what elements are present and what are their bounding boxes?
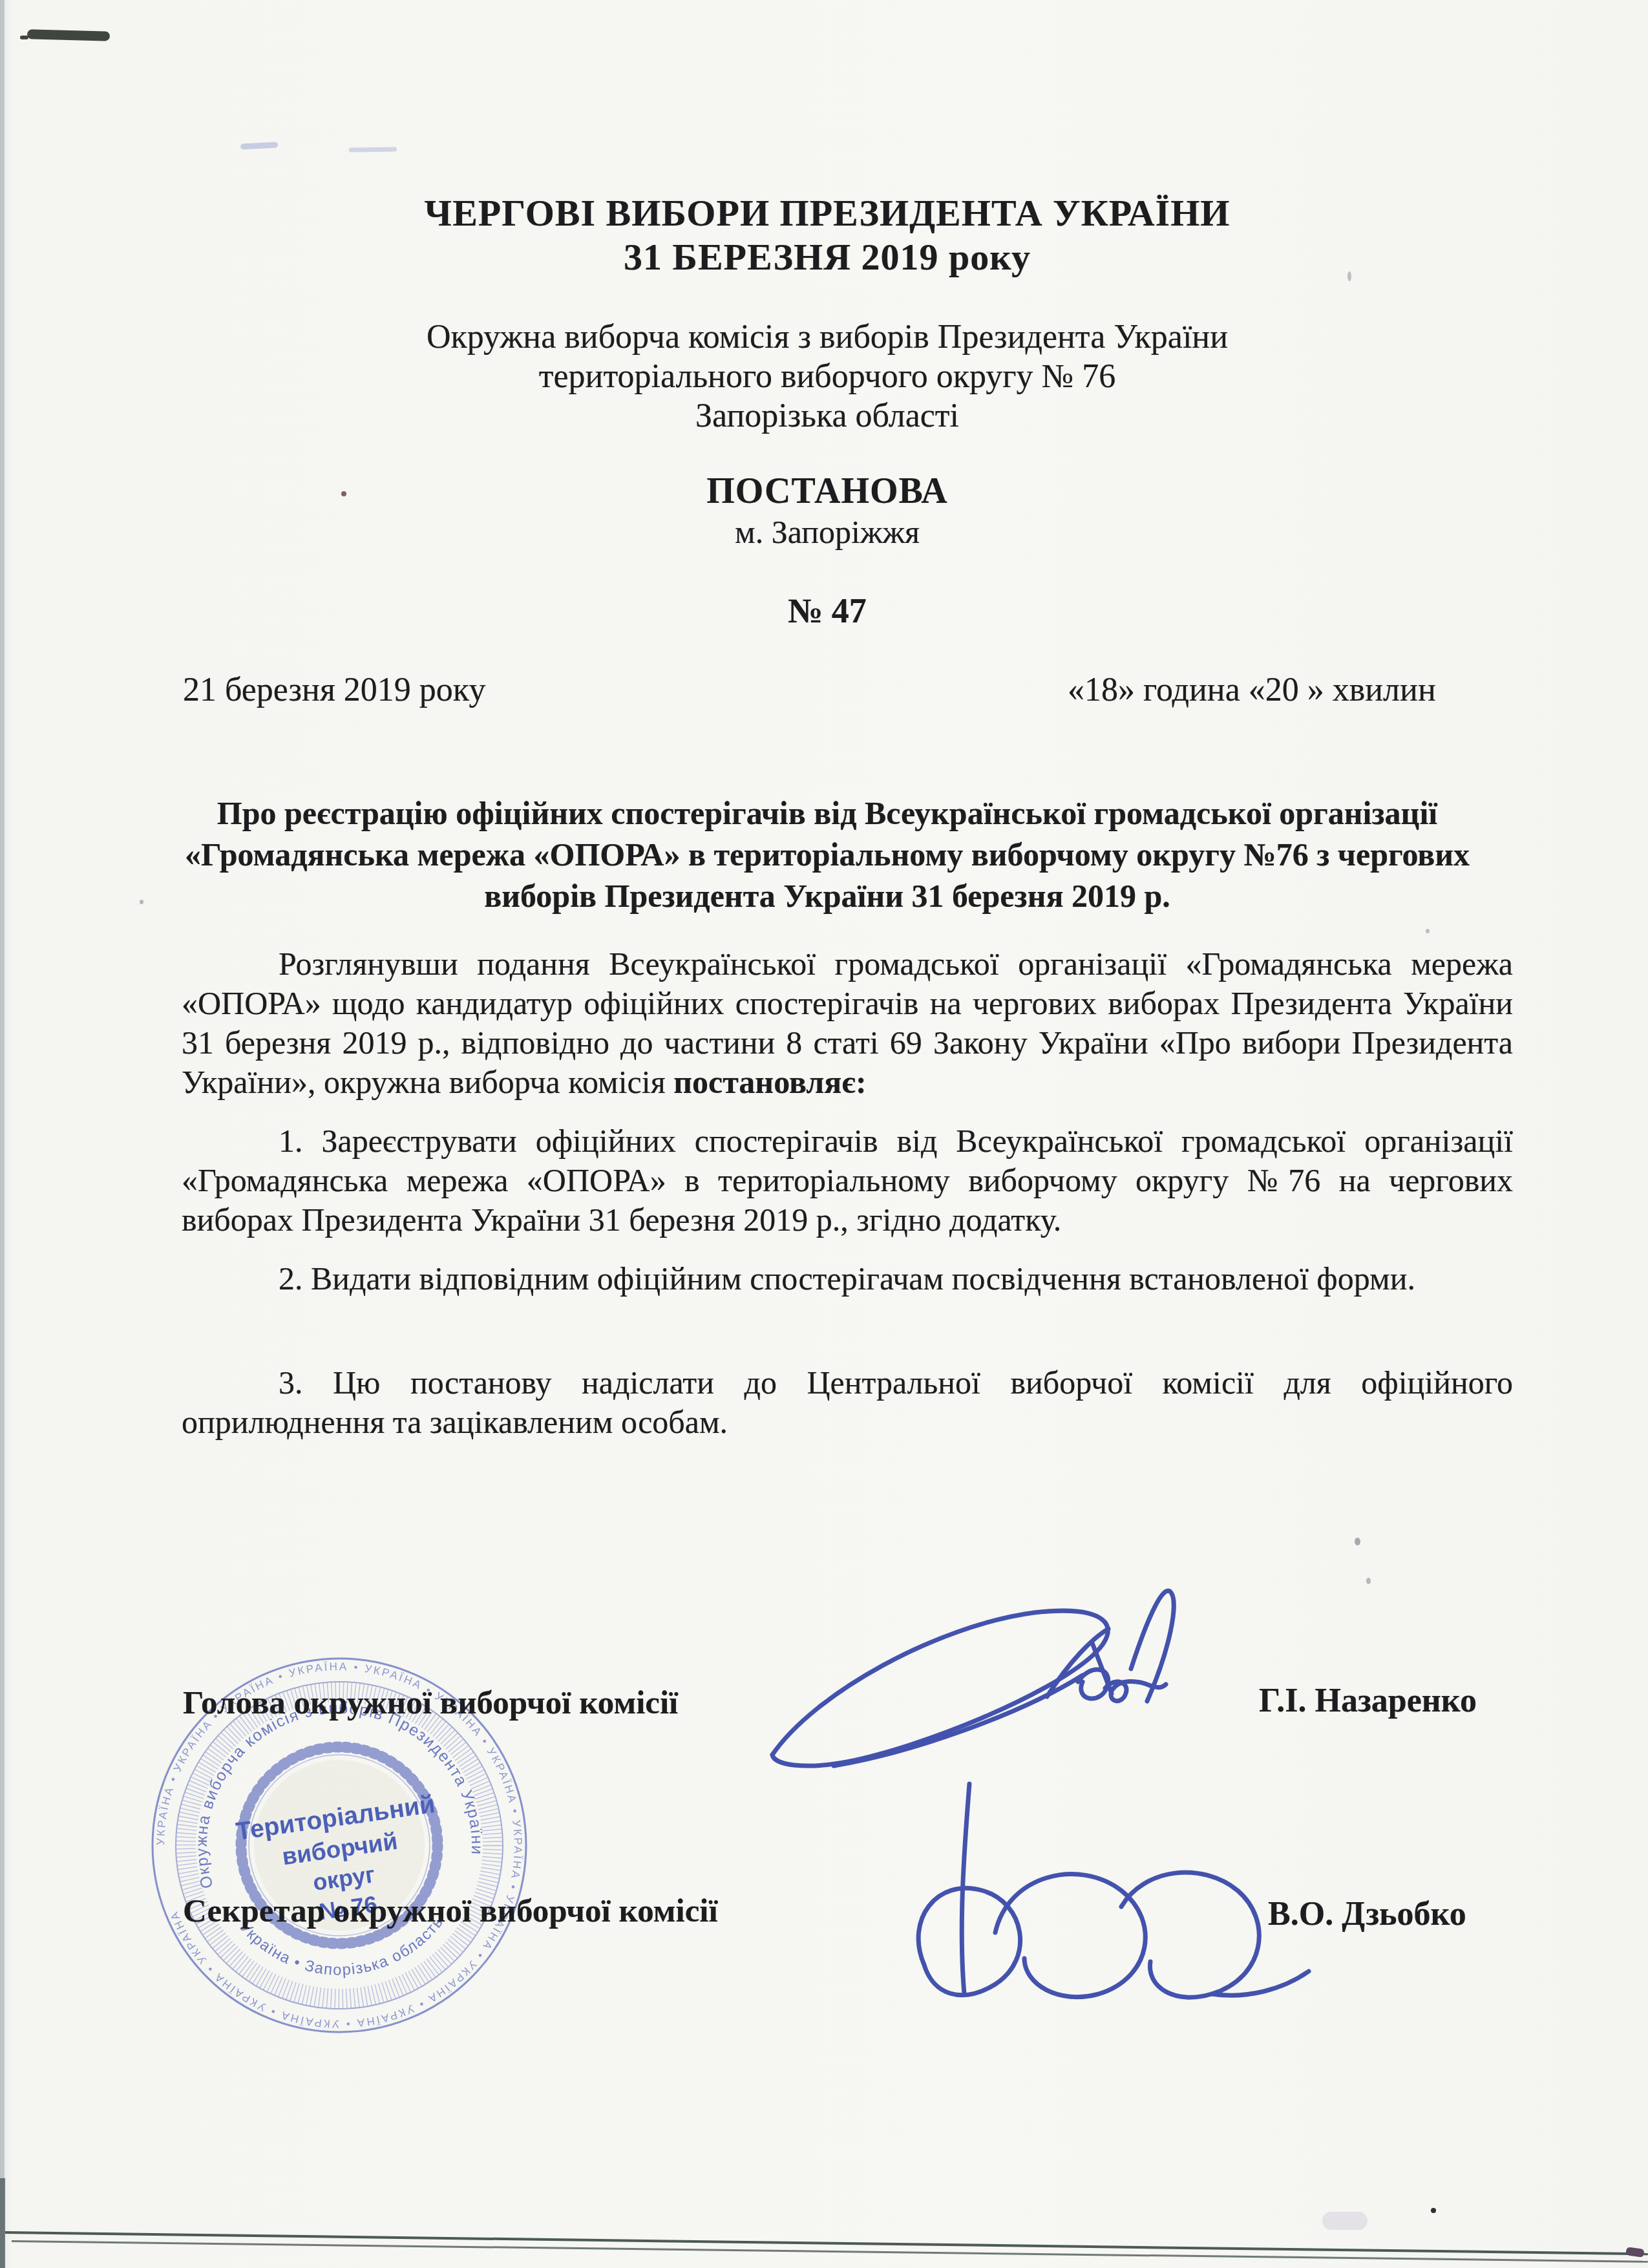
header-line2: 31 БЕРЕЗНЯ 2019 року xyxy=(178,235,1477,279)
head-signature-label: Голова окружної виборчої комісії xyxy=(183,1684,678,1722)
secretary-signature xyxy=(885,1771,1312,2017)
scan-speck xyxy=(1355,1538,1360,1545)
document-date: 21 березня 2019 року xyxy=(183,671,485,709)
secretary-signature-label: Секретар окружної виборчої комісії xyxy=(183,1892,718,1930)
head-signature-name: Г.І. Назаренко xyxy=(1259,1682,1477,1720)
scan-smudge xyxy=(1322,2212,1368,2230)
commission-name-line2: територіального виборчого округу № 76 xyxy=(178,357,1477,396)
document-type: ПОСТАНОВА xyxy=(178,471,1477,512)
document-number: № 47 xyxy=(178,591,1477,631)
commission-name-line3: Запорізька області xyxy=(178,397,1477,435)
pen-smudge xyxy=(240,142,278,149)
document-page: ЧЕРГОВІ ВИБОРИ ПРЕЗИДЕНТА УКРАЇНИ 31 БЕР… xyxy=(0,0,1648,2268)
scan-speck xyxy=(1366,1578,1371,1584)
scan-edge-left xyxy=(0,0,5,2268)
paragraph-preamble-bold: постановляє: xyxy=(673,1064,866,1100)
scan-artifact-tick xyxy=(20,36,28,39)
document-city: м. Запоріжжя xyxy=(178,513,1477,551)
scan-speck xyxy=(140,900,143,904)
scan-artifact-bar xyxy=(27,29,110,41)
header-line1: ЧЕРГОВІ ВИБОРИ ПРЕЗИДЕНТА УКРАЇНИ xyxy=(178,191,1477,235)
resolution-title: Про реєстрацію офіційних спостерігачів в… xyxy=(178,792,1477,917)
head-signature xyxy=(743,1564,1196,1797)
secretary-signature-name: В.О. Дзьобко xyxy=(1268,1895,1466,1933)
paragraph-preamble: Розглянувши подання Всеукраїнської грома… xyxy=(182,944,1513,1102)
scan-speck xyxy=(1426,929,1430,933)
resolution-item-3: 3. Цю постанову надіслати до Центральної… xyxy=(182,1363,1513,1442)
pen-smudge xyxy=(349,147,397,152)
resolution-item-2: 2. Видати відповідним офіційним спостері… xyxy=(182,1259,1513,1298)
scan-speck xyxy=(1431,2208,1436,2213)
scan-edge-left-dark xyxy=(0,2178,5,2268)
document-time: «18» година «20 » хвилин xyxy=(1068,671,1436,709)
commission-name-line1: Окружна виборча комісія з виборів Презид… xyxy=(178,318,1477,356)
resolution-item-1: 1. Зареєструвати офіційних спостерігачів… xyxy=(182,1121,1513,1240)
scan-bottom-edge-blob xyxy=(1625,2247,1645,2258)
